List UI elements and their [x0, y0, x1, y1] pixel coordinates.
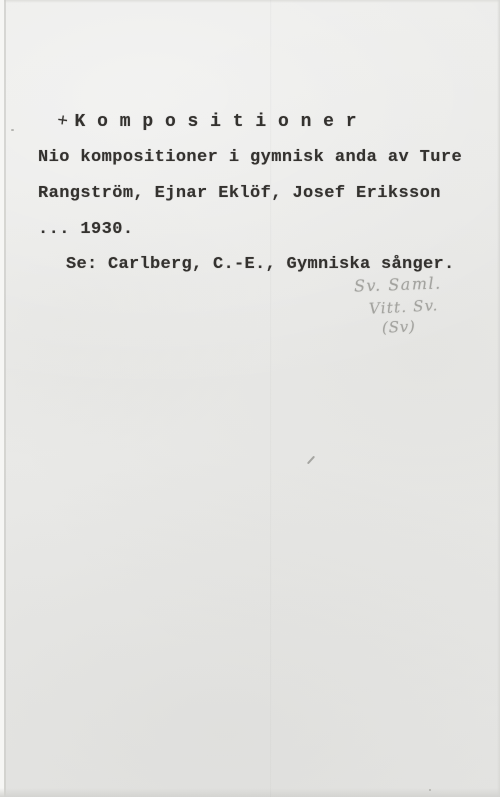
paper-speck: [429, 789, 431, 791]
body-line: Rangström, Ejnar Eklöf, Josef Eriksson: [38, 184, 441, 203]
card-heading: K o m p o s i t i o n e r: [75, 112, 358, 132]
body-line: Nio kompositioner i gymnisk anda av Ture: [38, 148, 462, 167]
see-reference-line: Se: Carlberg, C.-E., Gymniska sånger.: [66, 255, 455, 274]
paper-speck: [11, 129, 14, 131]
plus-marker: +: [56, 111, 70, 132]
card-left-edge-line: [4, 0, 6, 797]
scan-edge-top: [0, 0, 500, 3]
card-heading-row: +K o m p o s i t i o n e r: [12, 92, 357, 152]
pencil-note: (Sv): [382, 317, 416, 336]
pencil-note: Vitt. Sv.: [369, 296, 439, 318]
body-line: ... 1930.: [38, 220, 133, 239]
scan-edge-bottom: [0, 788, 500, 797]
pencil-slash-mark: [307, 456, 315, 465]
scanned-catalog-card: +K o m p o s i t i o n e r Nio kompositi…: [0, 0, 500, 797]
pencil-note: Sv. Saml.: [354, 273, 442, 295]
